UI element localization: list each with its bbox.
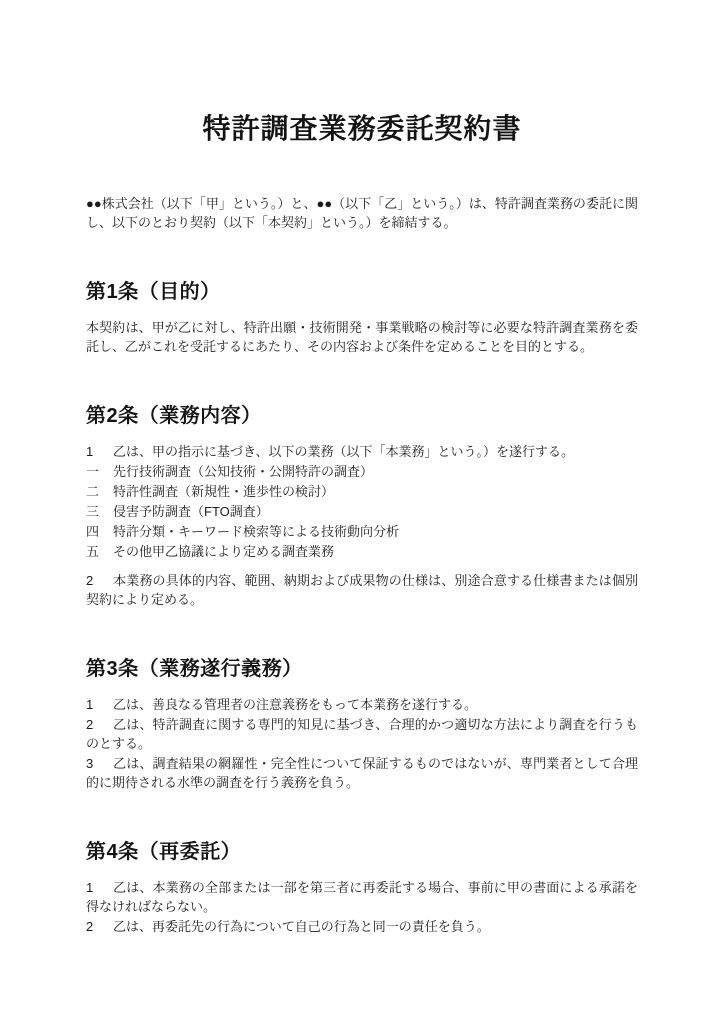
document-title: 特許調査業務委託契約書 [86, 112, 638, 146]
article-2: 第2条（業務内容） 1乙は、甲の指示に基づき、以下の業務（以下「本業務」という。… [86, 403, 638, 609]
article-2-body: 1乙は、甲の指示に基づき、以下の業務（以下「本業務」という。）を遂行する。 一先… [86, 442, 638, 609]
clause-text: 侵害予防調査（FTO調査） [113, 504, 269, 519]
clause-number: 1 [86, 878, 113, 897]
article-2-list-item-1: 一先行技術調査（公知技術・公開特許の調査） [86, 462, 638, 481]
document-content: 特許調査業務委託契約書 ●●株式会社（以下「甲」という。）と、●●（以下「乙」と… [0, 0, 724, 936]
clause-number: 2 [86, 715, 113, 734]
article-2-list-item-5: 五その他甲乙協議により定める調査業務 [86, 542, 638, 561]
clause-text: 乙は、特許調査に関する専門的知見に基づき、合理的かつ適切な方法により調査を行うも… [86, 717, 638, 751]
article-2-list-item-2: 二特許性調査（新規性・進歩性の検討） [86, 482, 638, 501]
article-1-clause-1: 本契約は、甲が乙に対し、特許出願・技術開発・事業戦略の検討等に必要な特許調査業務… [86, 318, 638, 356]
article-2-heading: 第2条（業務内容） [86, 403, 638, 429]
article-1-body: 本契約は、甲が乙に対し、特許出願・技術開発・事業戦略の検討等に必要な特許調査業務… [86, 318, 638, 356]
article-4-clause-1: 1乙は、本業務の全部または一部を第三者に再委託する場合、事前に甲の書面による承諾… [86, 878, 638, 916]
article-3-heading: 第3条（業務遂行義務） [86, 656, 638, 682]
article-1-heading: 第1条（目的） [86, 279, 638, 305]
article-3-clause-2: 2乙は、特許調査に関する専門的知見に基づき、合理的かつ適切な方法により調査を行う… [86, 715, 638, 753]
clause-text: 特許分類・キーワード検索等による技術動向分析 [113, 524, 399, 539]
article-2-clause-1: 1乙は、甲の指示に基づき、以下の業務（以下「本業務」という。）を遂行する。 [86, 442, 638, 461]
clause-text: 乙は、善良なる管理者の注意義務をもって本業務を遂行する。 [113, 697, 477, 712]
article-3-clause-3: 3乙は、調査結果の網羅性・完全性について保証するものではないが、専門業者として合… [86, 754, 638, 792]
article-1: 第1条（目的） 本契約は、甲が乙に対し、特許出願・技術開発・事業戦略の検討等に必… [86, 279, 638, 356]
article-3: 第3条（業務遂行義務） 1乙は、善良なる管理者の注意義務をもって本業務を遂行する… [86, 656, 638, 792]
clause-number: 二 [86, 482, 113, 501]
clause-number: 3 [86, 754, 113, 773]
article-2-clause-2: 2本業務の具体的内容、範囲、納期および成果物の仕様は、別途合意する仕様書または個… [86, 571, 638, 609]
clause-number: 1 [86, 695, 113, 714]
clause-number: 2 [86, 917, 113, 936]
clause-number: 1 [86, 442, 113, 461]
clause-number: 四 [86, 522, 113, 541]
clause-text: 乙は、本業務の全部または一部を第三者に再委託する場合、事前に甲の書面による承諾を… [86, 880, 638, 914]
article-4-heading: 第4条（再委託） [86, 839, 638, 865]
preamble-paragraph: ●●株式会社（以下「甲」という。）と、●●（以下「乙」という。）は、特許調査業務… [86, 194, 638, 232]
contract-document-page: 特許調査業務委託契約書 ●●株式会社（以下「甲」という。）と、●●（以下「乙」と… [0, 0, 724, 1024]
clause-number: 五 [86, 542, 113, 561]
clause-text: 特許性調査（新規性・進歩性の検討） [113, 484, 334, 499]
article-2-list-item-3: 三侵害予防調査（FTO調査） [86, 502, 638, 521]
article-2-list-item-4: 四特許分類・キーワード検索等による技術動向分析 [86, 522, 638, 541]
clause-number: 2 [86, 571, 113, 590]
article-4: 第4条（再委託） 1乙は、本業務の全部または一部を第三者に再委託する場合、事前に… [86, 839, 638, 936]
clause-text: 先行技術調査（公知技術・公開特許の調査） [113, 464, 373, 479]
clause-text: 乙は、調査結果の網羅性・完全性について保証するものではないが、専門業者として合理… [86, 756, 638, 790]
clause-number: 三 [86, 502, 113, 521]
article-4-clause-2: 2乙は、再委託先の行為について自己の行為と同一の責任を負う。 [86, 917, 638, 936]
article-4-body: 1乙は、本業務の全部または一部を第三者に再委託する場合、事前に甲の書面による承諾… [86, 878, 638, 936]
clause-text: 本業務の具体的内容、範囲、納期および成果物の仕様は、別途合意する仕様書または個別… [86, 573, 638, 607]
clause-text: 乙は、甲の指示に基づき、以下の業務（以下「本業務」という。）を遂行する。 [113, 444, 574, 459]
article-3-body: 1乙は、善良なる管理者の注意義務をもって本業務を遂行する。 2乙は、特許調査に関… [86, 695, 638, 792]
clause-number: 一 [86, 462, 113, 481]
article-3-clause-1: 1乙は、善良なる管理者の注意義務をもって本業務を遂行する。 [86, 695, 638, 714]
clause-text: 乙は、再委託先の行為について自己の行為と同一の責任を負う。 [113, 919, 490, 934]
clause-text: その他甲乙協議により定める調査業務 [113, 544, 334, 559]
